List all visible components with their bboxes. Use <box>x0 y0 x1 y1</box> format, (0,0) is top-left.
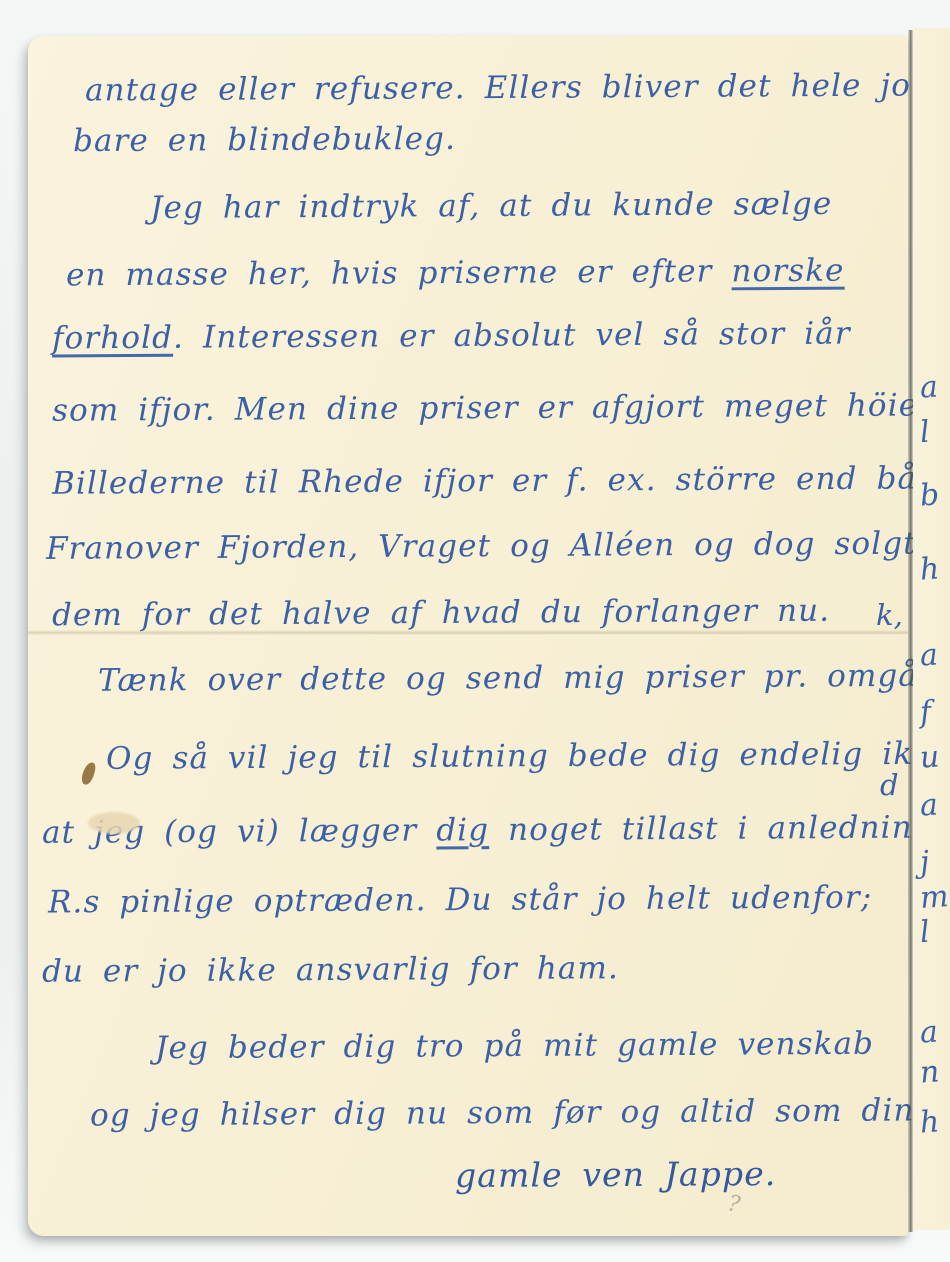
letter-line-5: forhold. Interessen er absolut vel så st… <box>52 316 851 357</box>
ink-edge-mark: d <box>880 768 899 802</box>
handwriting-fragment: a <box>919 1014 939 1050</box>
letter-line-3: Jeg har indtryk af, at du kunde sælge <box>150 186 833 226</box>
letter-line-8: Franover Fjorden, Vraget og Alléen og do… <box>46 525 950 567</box>
letter-line-9: dem for det halve af hvad du forlanger n… <box>52 593 830 634</box>
handwriting-fragment: a <box>919 369 939 405</box>
letter-line-4: en masse her, hvis priserne er efter nor… <box>66 253 845 294</box>
handwriting-fragment: l <box>919 415 931 451</box>
handwriting-fragment: a <box>919 787 939 823</box>
letter-line-10: Tænk over dette og send mig priser pr. o… <box>98 657 950 699</box>
stain-dark <box>80 761 97 786</box>
pencil-mark: ? <box>726 1191 742 1218</box>
scanned-letter-background: antage eller refusere. Ellers bliver det… <box>0 0 950 1262</box>
letter-line-1: antage eller refusere. Ellers bliver det… <box>85 67 911 108</box>
adjacent-page-sliver: a l b h a f u a j m l a n h <box>913 28 950 1230</box>
ink-edge-mark: k, <box>876 598 903 632</box>
handwriting-fragment: f <box>919 695 933 731</box>
handwriting-fragment: h <box>919 1104 941 1140</box>
letter-line-12: at jeg (og vi) lægger dig noget tillast … <box>42 809 950 851</box>
letter-line-6: som ifjor. Men dine priser er afgjort me… <box>52 387 950 429</box>
handwriting-fragment: m <box>919 879 950 916</box>
letter-line-13: R.s pinlige optræden. Du står jo helt ud… <box>48 879 873 920</box>
handwriting-fragment: b <box>919 477 941 513</box>
letter-paper: antage eller refusere. Ellers bliver det… <box>28 36 908 1236</box>
handwriting-fragment: u <box>919 739 941 775</box>
handwriting-fragment: h <box>919 551 941 587</box>
letter-line-11: Og så vil jeg til slutning bede dig ende… <box>106 735 950 777</box>
letter-line-15: Jeg beder dig tro på mit gamle venskab <box>155 1026 874 1066</box>
handwriting-fragment: n <box>919 1054 941 1090</box>
handwriting-fragment: a <box>919 637 939 673</box>
letter-line-14: du er jo ikke ansvarlig for ham. <box>42 950 619 990</box>
handwriting-fragment: l <box>919 915 931 951</box>
paper-fold-crease <box>28 630 908 636</box>
handwriting-fragment: j <box>919 845 931 881</box>
letter-line-2: bare en blindebukleg. <box>73 121 456 159</box>
signature-line: gamle ven Jappe. <box>455 1154 777 1195</box>
letter-line-16: og jeg hilser dig nu som før og altid so… <box>90 1092 915 1133</box>
letter-line-7: Billederne til Rhede ifjor er f. ex. stö… <box>52 460 950 502</box>
stain-light <box>88 812 140 834</box>
